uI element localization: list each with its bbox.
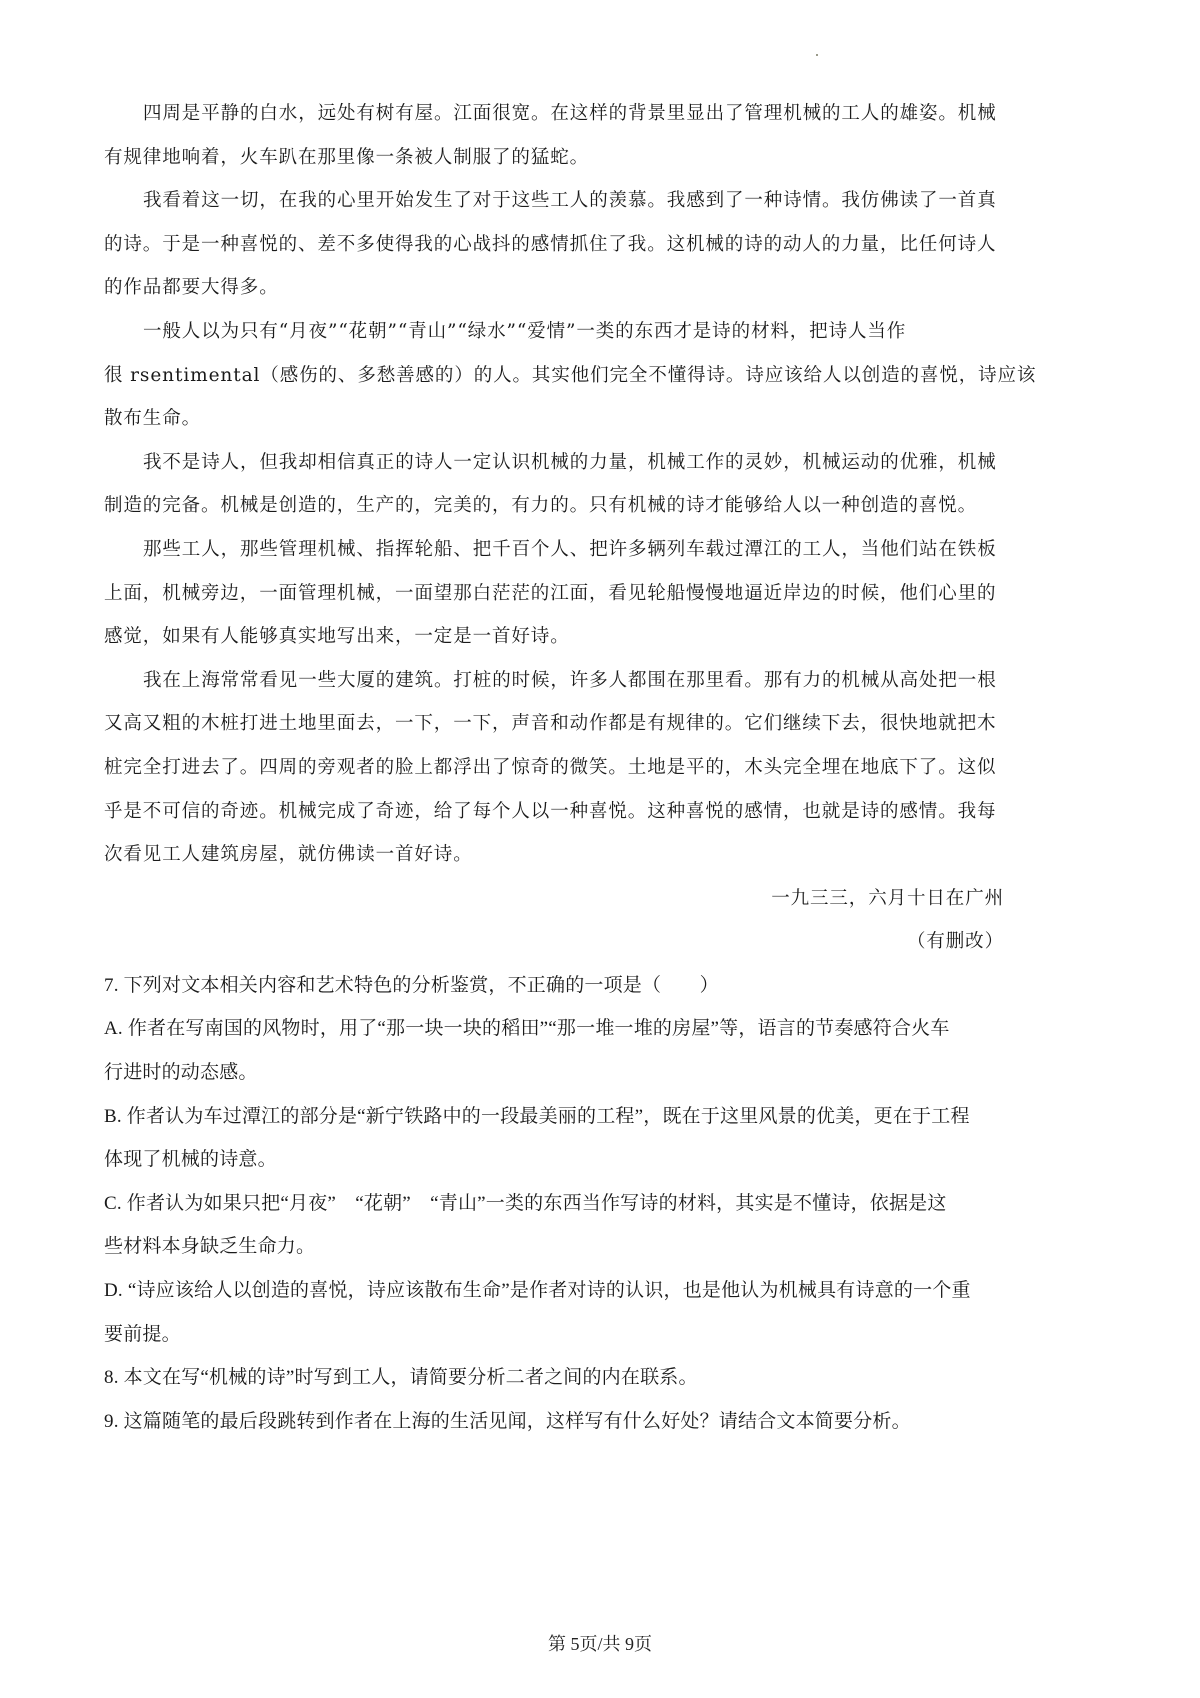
essay-line: 乎是不可信的奇迹。机械完成了奇迹，给了每个人以一种喜悦。这种喜悦的感情，也就是诗…	[104, 790, 1004, 834]
question-7-option-a-cont: 行进时的动态感。	[104, 1051, 1004, 1095]
question-7-option-b-cont: 体现了机械的诗意。	[104, 1138, 1004, 1182]
question-7-option-c-cont: 些材料本身缺乏生命力。	[104, 1225, 1004, 1269]
essay-edit-note: （有删改）	[104, 920, 1004, 964]
document-page: 四周是平静的白水，远处有树有屋。江面很宽。在这样的背景里显出了管理机械的工人的雄…	[0, 0, 1200, 1698]
essay-line: 制造的完备。机械是创造的，生产的，完美的，有力的。只有机械的诗才能够给人以一种创…	[104, 484, 1004, 528]
question-7-option-d: D. “诗应该给人以创造的喜悦，诗应该散布生命”是作者对诗的认识，也是他认为机械…	[104, 1269, 1004, 1313]
essay-line: 很 rsentimental（感伤的、多愁善感的）的人。其实他们完全不懂得诗。诗…	[104, 354, 1004, 398]
essay-line: 又高又粗的木桩打进土地里面去，一下，一下，声音和动作都是有规律的。它们继续下去，…	[104, 702, 1004, 746]
essay-line: 感觉，如果有人能够真实地写出来，一定是一首好诗。	[104, 615, 1004, 659]
question-7-option-d-cont: 要前提。	[104, 1313, 1004, 1357]
essay-line: 一般人以为只有“月夜”“花朝”“青山”“绿水”“爱情”一类的东西才是诗的材料，把…	[104, 310, 1004, 354]
essay-line: 有规律地响着，火车趴在那里像一条被人制服了的猛蛇。	[104, 136, 1004, 180]
essay-line: 桩完全打进去了。四周的旁观者的脸上都浮出了惊奇的微笑。土地是平的，木头完全埋在地…	[104, 746, 1004, 790]
essay-line: 我不是诗人，但我却相信真正的诗人一定认识机械的力量，机械工作的灵妙，机械运动的优…	[104, 441, 1004, 485]
scan-artifact-dot	[816, 54, 818, 56]
questions-section: 7. 下列对文本相关内容和艺术特色的分析鉴赏，不正确的一项是（ ） A. 作者在…	[104, 964, 1004, 1444]
essay-line: 次看见工人建筑房屋，就仿佛读一首好诗。	[104, 833, 1004, 877]
essay-line: 那些工人，那些管理机械、指挥轮船、把千百个人、把许多辆列车载过潭江的工人，当他们…	[104, 528, 1004, 572]
question-7-option-b: B. 作者认为车过潭江的部分是“新宁铁路中的一段最美丽的工程”，既在于这里风景的…	[104, 1095, 1004, 1139]
essay-signature: 一九三三，六月十日在广州	[104, 877, 1004, 921]
question-9: 9. 这篇随笔的最后段跳转到作者在上海的生活见闻，这样写有什么好处？请结合文本简…	[104, 1400, 1004, 1444]
question-7-option-a: A. 作者在写南国的风物时，用了“那一块一块的稻田”“那一堆一堆的房屋”等，语言…	[104, 1007, 1004, 1051]
essay-line: 我看着这一切，在我的心里开始发生了对于这些工人的羡慕。我感到了一种诗情。我仿佛读…	[104, 179, 1004, 223]
essay-line: 的诗。于是一种喜悦的、差不多使得我的心战抖的感情抓住了我。这机械的诗的动人的力量…	[104, 223, 1004, 267]
essay-line: 四周是平静的白水，远处有树有屋。江面很宽。在这样的背景里显出了管理机械的工人的雄…	[104, 92, 1004, 136]
question-7-option-c: C. 作者认为如果只把“月夜” “花朝” “青山”一类的东西当作写诗的材料，其实…	[104, 1182, 1004, 1226]
essay-body: 四周是平静的白水，远处有树有屋。江面很宽。在这样的背景里显出了管理机械的工人的雄…	[104, 92, 1004, 1443]
essay-line: 我在上海常常看见一些大厦的建筑。打桩的时候，许多人都围在那里看。那有力的机械从高…	[104, 659, 1004, 703]
page-number-footer: 第 5页/共 9页	[0, 1630, 1200, 1656]
essay-line: 的作品都要大得多。	[104, 266, 1004, 310]
essay-line: 散布生命。	[104, 397, 1004, 441]
essay-line: 上面，机械旁边，一面管理机械，一面望那白茫茫的江面，看见轮船慢慢地逼近岸边的时候…	[104, 572, 1004, 616]
question-7-stem: 7. 下列对文本相关内容和艺术特色的分析鉴赏，不正确的一项是（ ）	[104, 964, 1004, 1008]
question-8: 8. 本文在写“机械的诗”时写到工人，请简要分析二者之间的内在联系。	[104, 1356, 1004, 1400]
